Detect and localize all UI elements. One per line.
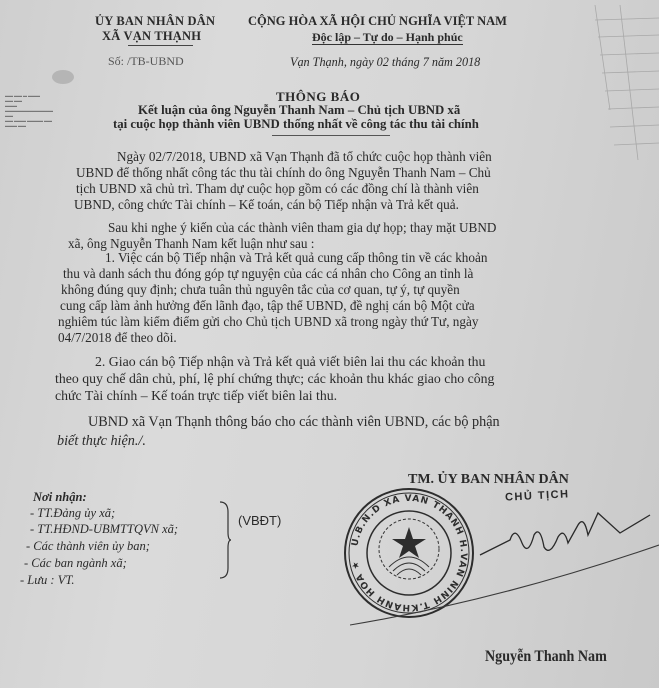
header-left-rule [128, 45, 193, 46]
commune-name: XÃ VẠN THẠNH [102, 29, 201, 44]
para1-line1: Ngày 02/7/2018, UBND xã Vạn Thạnh đã tổ … [117, 149, 492, 165]
item1-line2: thu và danh sách thu đóng góp tự nguyện … [63, 266, 473, 282]
item2-line1: 2. Giao cán bộ Tiếp nhận và Trả kết quả … [95, 354, 485, 370]
nation-title: CỘNG HÒA XÃ HỘI CHỦ NGHĨA VIỆT NAM [248, 14, 507, 29]
closing-line1: UBND xã Vạn Thạnh thông báo cho các thàn… [88, 415, 500, 431]
recipient-item: - TT.HĐND-UBMTTQVN xã; [30, 522, 178, 537]
document-page: ▬▬ ▬▬ ▬ ▬▬▬▬▬ ▬▬▬▬▬▬▬▬▬▬▬▬▬▬▬▬▬▬▬▬▬ ▬▬▬ … [0, 0, 659, 688]
item2-line3: chức Tài chính – Kế toán trực tiếp viết … [55, 388, 337, 404]
recipient-item: - Các ban ngành xã; [24, 556, 127, 571]
para2-line1: Sau khi nghe ý kiến của các thành viên t… [108, 220, 496, 236]
item1-line4: cung cấp làm ảnh hưởng đến lãnh đạo, tập… [60, 298, 475, 314]
faint-emblem-mark [52, 70, 74, 84]
signature-on-behalf: TM. ỦY BAN NHÂN DÂN [408, 472, 569, 488]
recipients-label: Nơi nhận: [33, 490, 87, 505]
signer-name: Nguyễn Thanh Nam [485, 648, 607, 666]
item1-line3: không đúng quy định; chưa tuân thủ nguyê… [61, 282, 460, 298]
signature-stroke-line [350, 540, 659, 630]
closing-line2: biết thực hiện./. [57, 434, 146, 450]
national-motto: Độc lập – Tự do – Hạnh phúc [312, 30, 463, 45]
item2-line2: theo quy chế dân chủ, phí, lệ phí chứng … [55, 371, 494, 387]
recipients-brace [218, 500, 232, 580]
para1-line2: UBND để thống nhất công tác thu tài chín… [76, 165, 491, 181]
place-and-date: Vạn Thạnh, ngày 02 tháng 7 năm 2018 [290, 55, 480, 70]
para1-line3: tịch UBND xã chủ trì. Tham dự cuộc họp g… [76, 181, 479, 197]
recipient-item: - TT.Đảng ủy xã; [30, 506, 115, 521]
faint-margin-notes: ▬▬ ▬▬ ▬ ▬▬▬▬▬ ▬▬▬▬▬▬▬▬▬▬▬▬▬▬▬▬▬▬▬▬▬ ▬▬▬ … [5, 93, 80, 128]
document-subtitle-line1: Kết luận của ông Nguyễn Thanh Nam – Chủ … [138, 103, 460, 118]
recipient-item: - Lưu : VT. [20, 573, 75, 588]
document-number: Số: /TB-UBND [108, 54, 184, 69]
item1-line1: 1. Việc cán bộ Tiếp nhận và Trả kết quả … [105, 250, 487, 266]
margin-table-grid [590, 5, 659, 160]
item1-line6: 04/7/2018 để theo dõi. [58, 330, 177, 346]
recipient-item: - Các thành viên ủy ban; [26, 539, 150, 554]
agency-name: ỦY BAN NHÂN DÂN [95, 14, 215, 29]
para1-line4: UBND, công chức Tài chính – Kế toán, cán… [74, 197, 459, 213]
title-rule [272, 135, 390, 136]
item1-line5: nghiêm túc làm kiểm điểm gửi cho Chủ tịc… [58, 314, 478, 330]
recipients-bracket-note: (VBĐT) [238, 513, 281, 528]
document-subtitle-line2: tại cuộc họp thành viên UBND thống nhất … [113, 117, 479, 132]
